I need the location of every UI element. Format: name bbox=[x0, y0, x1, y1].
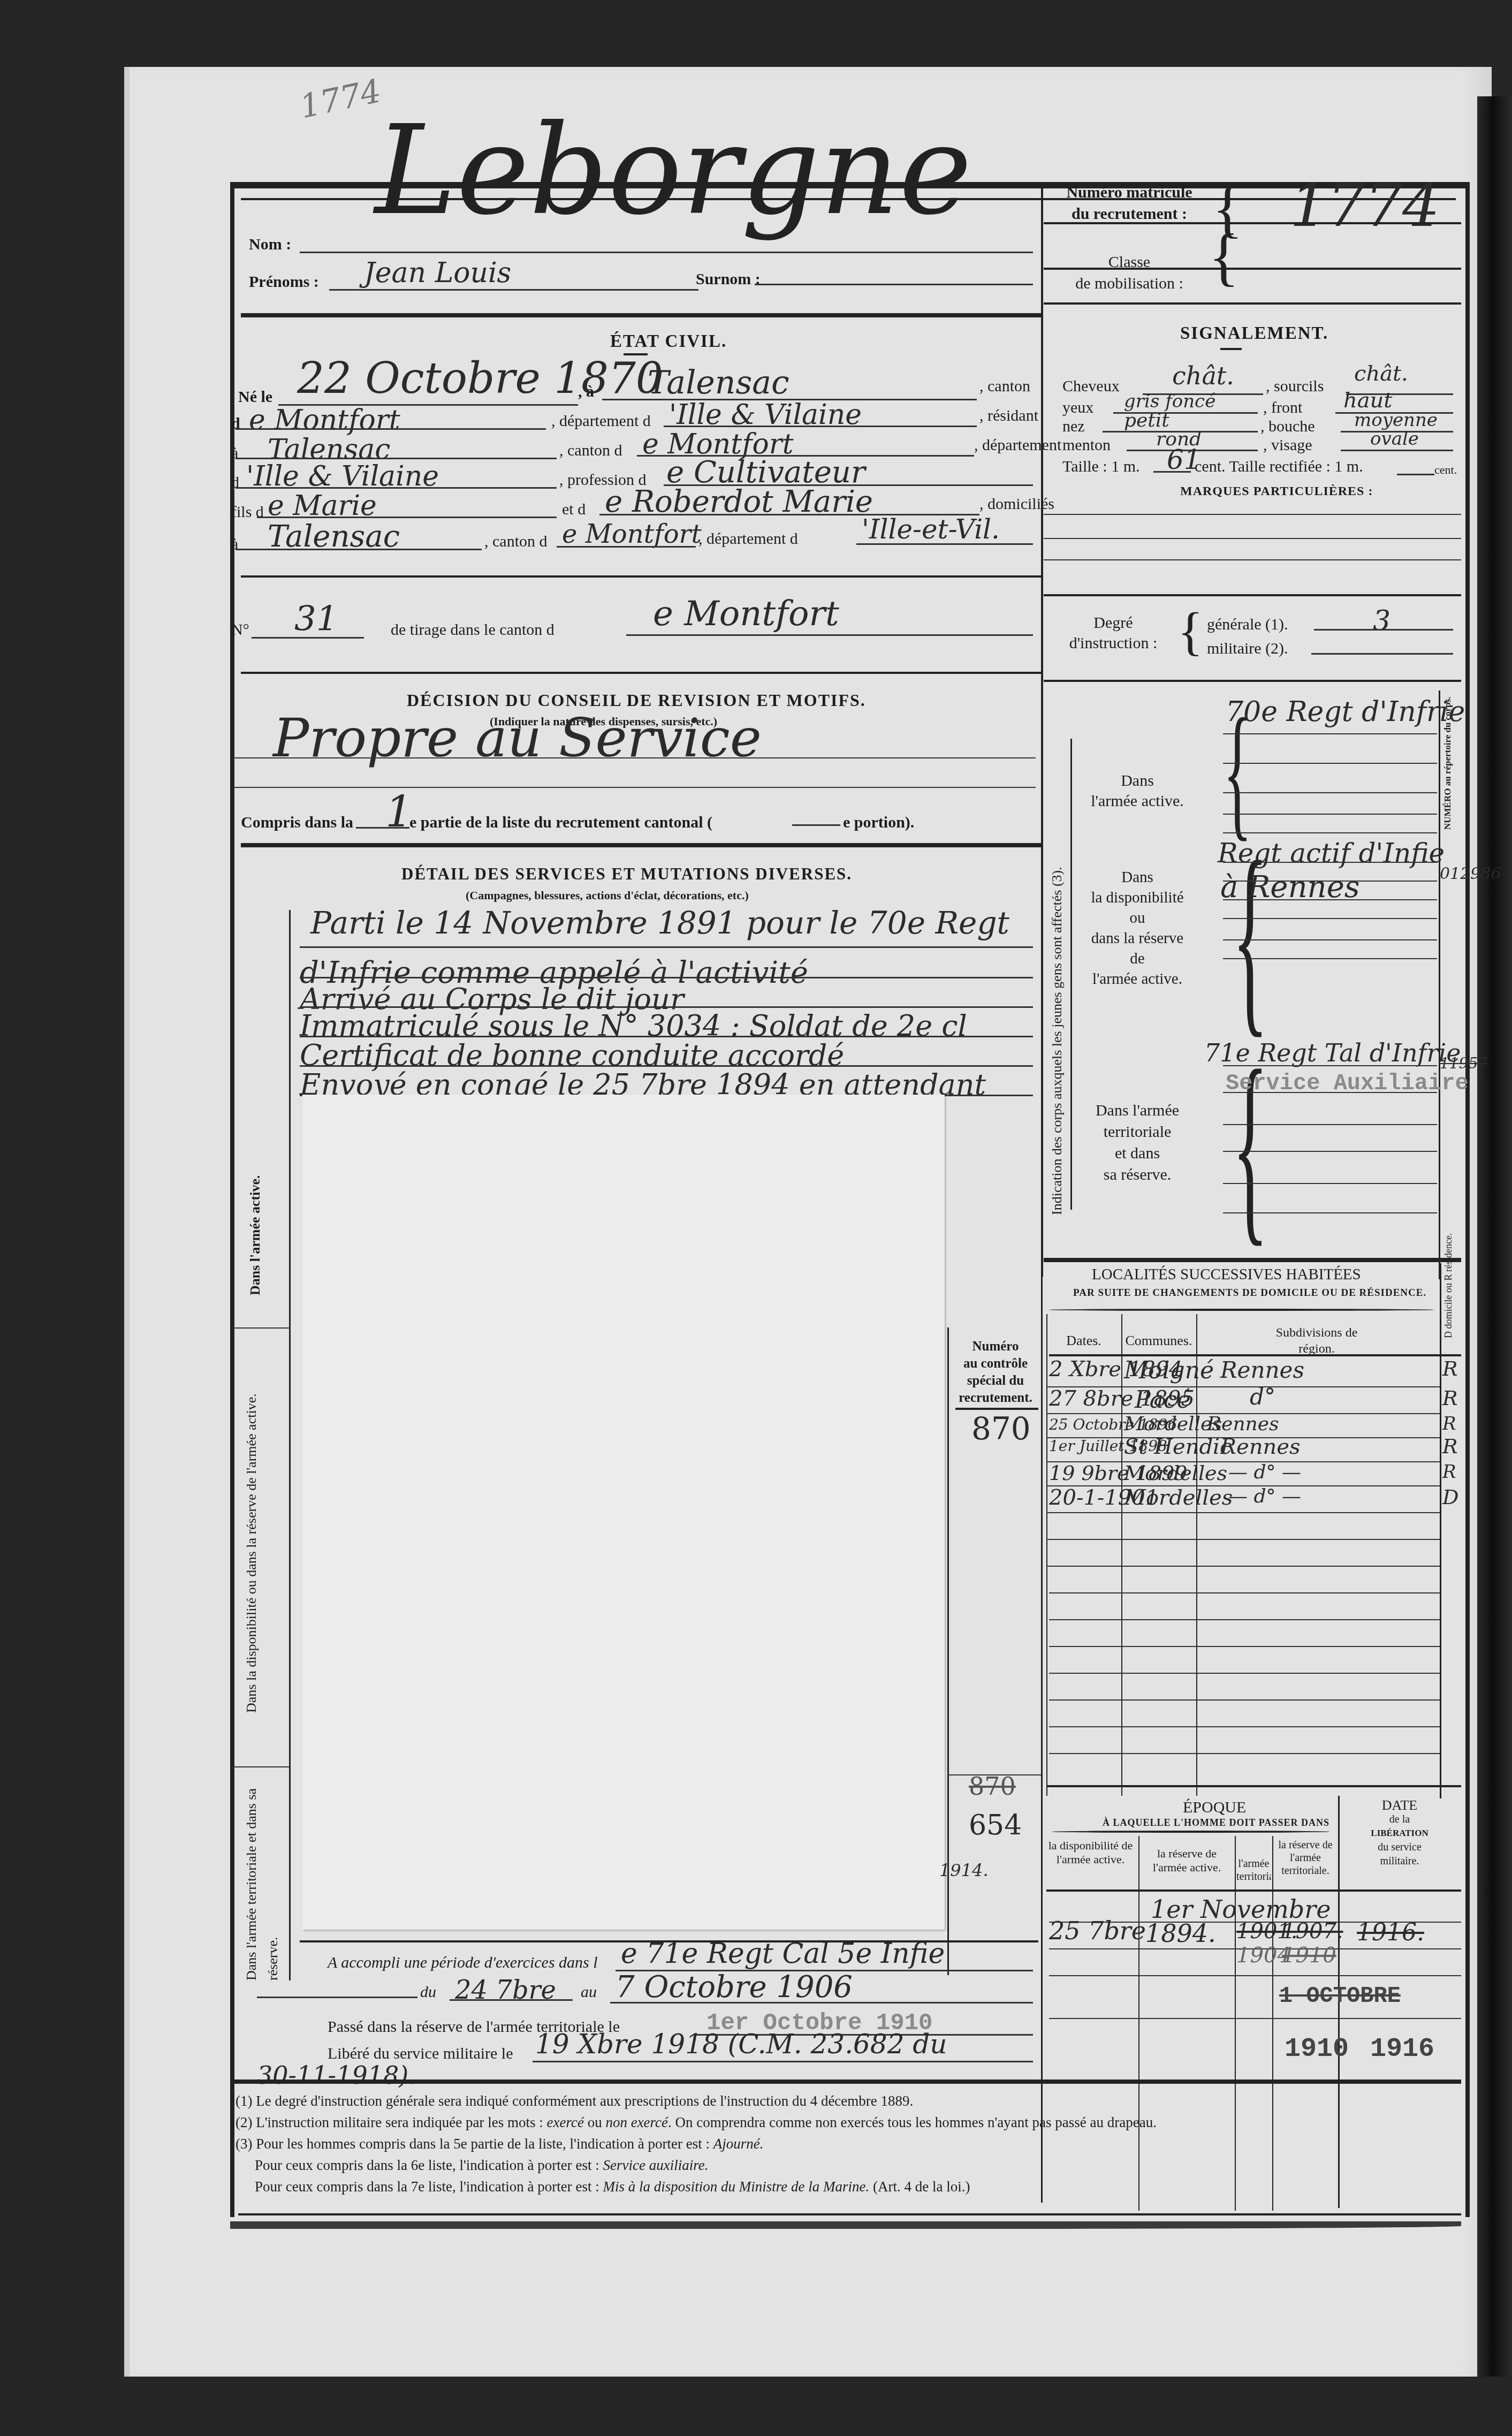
cheveux-label: Cheveux bbox=[1062, 377, 1120, 396]
etat-civil-bottom-rule bbox=[241, 575, 1041, 578]
corps-label-line: Dans bbox=[1073, 867, 1202, 887]
portion-line bbox=[792, 824, 840, 826]
dom-dep-line bbox=[856, 543, 1033, 545]
liberation-header: DATE de la LIBÉRATION du service militai… bbox=[1341, 1798, 1458, 1868]
corps-label-line: Dans bbox=[1073, 771, 1202, 791]
footnote-num: (3) bbox=[235, 2136, 252, 2152]
yeux-label: yeux bbox=[1062, 399, 1093, 417]
marques-label: MARQUES PARTICULIÈRES : bbox=[1180, 484, 1373, 499]
nez-label: nez bbox=[1062, 418, 1085, 436]
footnote-3c: Pour ceux compris dans la 7e liste, l'in… bbox=[235, 2176, 1456, 2197]
repertoire-rule bbox=[1439, 690, 1440, 1279]
numero-value-new: 654 bbox=[969, 1809, 1022, 1841]
scan-background-bottom bbox=[0, 2377, 1512, 2436]
matricule-label-line1: Numéro matricule bbox=[1049, 182, 1210, 203]
service-rule bbox=[300, 1036, 1033, 1037]
brace-icon: { bbox=[1209, 227, 1240, 286]
corps-label-line: ou bbox=[1073, 908, 1202, 928]
corps-terr-line-3 bbox=[1223, 1124, 1437, 1125]
taille-line bbox=[1153, 471, 1191, 473]
col-communes: Communes. bbox=[1121, 1333, 1196, 1349]
corps-terr-value: 71e Regt Tal d'Infrie bbox=[1204, 1038, 1461, 1067]
prenoms-label: Prénoms : bbox=[249, 273, 319, 291]
visage-line bbox=[1341, 450, 1453, 451]
surnom-line bbox=[755, 284, 1033, 285]
header-bottom-rule bbox=[241, 313, 1041, 317]
numero-header-line: Numéro bbox=[950, 1338, 1041, 1355]
side-label-territoriale: Dans l'armée territoriale et dans sa rés… bbox=[241, 1777, 284, 1980]
localites-subtitle: PAR SUITE DE CHANGEMENTS DE DOMICILE OU … bbox=[1073, 1287, 1426, 1299]
corps-dispo-label: Dans la disponibilité ou dans la réserve… bbox=[1073, 867, 1202, 989]
corps-terr-line-6 bbox=[1223, 1212, 1437, 1213]
marques-line-3 bbox=[1044, 559, 1461, 560]
row-dr: R bbox=[1442, 1435, 1458, 1458]
corps-terr-line-2 bbox=[1223, 1092, 1437, 1093]
footnote-3b: Pour ceux compris dans la 6e liste, l'in… bbox=[235, 2154, 1456, 2176]
residant-label: , résidant bbox=[979, 407, 1038, 425]
corps-dispo-line-5 bbox=[1223, 939, 1437, 940]
taille-rect-line bbox=[1397, 474, 1434, 475]
du-pre-line bbox=[257, 1997, 417, 1998]
footnote-em: Ajourné. bbox=[713, 2136, 764, 2152]
corps-label-line: la disponibilité bbox=[1073, 887, 1202, 908]
degre-label-line: d'instruction : bbox=[1057, 633, 1169, 654]
portion-suffix: e portion). bbox=[843, 814, 914, 832]
footnote-text: ou bbox=[584, 2114, 606, 2130]
canton-prefix: d bbox=[231, 415, 240, 433]
corps-label-line: Dans l'armée bbox=[1073, 1100, 1202, 1121]
service-rule bbox=[300, 946, 1033, 948]
title-dash bbox=[1220, 348, 1242, 350]
footnote-text: Pour ceux compris dans la 7e liste, l'in… bbox=[255, 2179, 603, 2195]
corps-label-line: l'armée active. bbox=[1073, 791, 1202, 811]
lieu-naissance-value: Talensac bbox=[648, 364, 789, 401]
corps-active-label: Dans l'armée active. bbox=[1073, 771, 1202, 811]
footnote-em: non exercé bbox=[605, 2114, 668, 2130]
cheveux-value: chât. bbox=[1172, 361, 1234, 390]
footer-rule-thick bbox=[230, 2221, 1461, 2229]
residence-line bbox=[235, 458, 557, 459]
militaire-line bbox=[1311, 653, 1453, 655]
numero-header-line: recrutement. bbox=[950, 1390, 1041, 1407]
stamp-month: 1 OCTOBRE bbox=[1279, 1983, 1401, 2009]
row-rule bbox=[1049, 1646, 1440, 1647]
footnote-num: (1) bbox=[235, 2093, 252, 2109]
footnote-1: (1) Le degré d'instruction générale sera… bbox=[235, 2090, 1456, 2112]
liberation-header-line: DATE bbox=[1341, 1798, 1458, 1812]
service-rule bbox=[300, 1065, 1033, 1067]
corps-active-line-3 bbox=[1223, 792, 1437, 793]
numero-value-struck: 870 bbox=[969, 1772, 1016, 1801]
epoque-row-rule bbox=[1049, 1975, 1461, 1976]
departement-res-prefix: d bbox=[231, 474, 239, 492]
footnote-text: L'instruction militaire sera indiquée pa… bbox=[256, 2114, 546, 2130]
row-rule bbox=[1049, 1619, 1440, 1620]
epoque-col-territoriale: l'armée territoriale. bbox=[1236, 1857, 1271, 1883]
pasted-paper-cover bbox=[302, 1095, 945, 1930]
libere-label: Libéré du service militaire le bbox=[328, 2045, 513, 2063]
tirage-no-value: 31 bbox=[294, 599, 338, 639]
corps-dispo-line-3 bbox=[1223, 899, 1437, 900]
surnom-label: Surnom : bbox=[696, 270, 761, 289]
footnote-text: . On comprendra comme non exercés tous l… bbox=[668, 2114, 1157, 2130]
generale-label: générale (1). bbox=[1207, 616, 1288, 634]
numero-header-line: au contrôle bbox=[950, 1355, 1041, 1372]
footnote-text: (Art. 4 de la loi.) bbox=[869, 2179, 970, 2195]
numero-header-rule bbox=[955, 1408, 1038, 1410]
canton-value: e Montfort bbox=[249, 404, 400, 436]
ne-le-value: 22 Octobre 1870 bbox=[297, 353, 663, 403]
row-dr: R bbox=[1442, 1413, 1456, 1435]
row-commune: St Hendic bbox=[1124, 1435, 1232, 1459]
corps-dispo-line-2 bbox=[1223, 881, 1437, 882]
corps-label-line: et dans bbox=[1073, 1143, 1202, 1164]
corps-dispo-line-4 bbox=[1223, 918, 1437, 919]
dom-prefix: à bbox=[231, 535, 238, 553]
service-rule bbox=[300, 977, 1033, 978]
visage-value: ovale bbox=[1370, 428, 1419, 450]
du-label: du bbox=[420, 1983, 436, 2001]
matricule-rule bbox=[1044, 222, 1461, 224]
footnotes: (1) Le degré d'instruction générale sera… bbox=[235, 2090, 1456, 2197]
classe-label: Classe de mobilisation : bbox=[1049, 252, 1210, 294]
localites-bottom-rule bbox=[1046, 1785, 1461, 1787]
au-line bbox=[610, 2002, 1033, 2004]
classe-rule bbox=[1044, 268, 1461, 270]
localites-title: LOCALITÉS SUCCESSIVES HABITÉES bbox=[1092, 1266, 1361, 1284]
canton-res-label: , canton d bbox=[559, 442, 622, 460]
militaire-label: militaire (2). bbox=[1207, 640, 1288, 658]
footnote-num: (2) bbox=[235, 2114, 252, 2130]
epoque-value-dispo: 25 7bre bbox=[1049, 1916, 1146, 1945]
nom-label: Nom : bbox=[249, 236, 291, 254]
front-label: , front bbox=[1263, 399, 1302, 417]
compris-label: Compris dans la bbox=[241, 814, 353, 832]
row-rule bbox=[1046, 1539, 1440, 1540]
tirage-bottom-rule bbox=[241, 672, 1041, 674]
tirage-no-line bbox=[252, 637, 364, 639]
departement-res-label: , département bbox=[974, 436, 1061, 454]
corps-bottom-rule bbox=[1044, 1258, 1461, 1262]
nom-line bbox=[300, 252, 1033, 253]
column-divider bbox=[1041, 182, 1043, 1277]
service-line: Certificat de bonne conduite accordé bbox=[300, 1038, 844, 1072]
decision-value: Propre au Service bbox=[273, 707, 762, 769]
ne-le-label: Né le bbox=[238, 388, 272, 406]
nom-value: Leborgne bbox=[375, 110, 972, 233]
services-side-rule bbox=[289, 910, 291, 1980]
row-subdivision: Rennes bbox=[1220, 1357, 1304, 1383]
col-dr: D domicile ou R résidence. bbox=[1443, 1274, 1454, 1338]
liberation-header-line: du service bbox=[1341, 1840, 1458, 1854]
et-label: et d bbox=[562, 500, 586, 519]
row-rule bbox=[1046, 1512, 1440, 1513]
degre-bottom-rule bbox=[1044, 680, 1461, 682]
services-title: DÉTAIL DES SERVICES ET MUTATIONS DIVERSE… bbox=[401, 864, 852, 884]
pere-line bbox=[257, 517, 557, 518]
service-line: Parti le 14 Novembre 1891 pour le 70e Re… bbox=[310, 905, 1009, 941]
sourcils-label: , sourcils bbox=[1266, 377, 1324, 396]
footnote-3: (3) Pour les hommes compris dans la 5e p… bbox=[235, 2133, 1456, 2154]
matricule-value: 1774 bbox=[1290, 171, 1440, 240]
prenoms-line bbox=[329, 289, 698, 291]
departement-res-line bbox=[235, 487, 557, 489]
dom-canton-label: , canton d bbox=[484, 533, 547, 551]
degre-label-line: Degré bbox=[1057, 613, 1169, 633]
generale-line bbox=[1314, 629, 1453, 631]
compris-value: 1 bbox=[385, 787, 413, 837]
epoque-subtitle: À LAQUELLE L'HOMME DOIT PASSER DANS bbox=[1103, 1817, 1329, 1828]
stamp-year-1: 1910 bbox=[1285, 2034, 1349, 2065]
row-rule bbox=[1049, 1753, 1440, 1754]
dom-canton-value: e Montfort bbox=[562, 519, 702, 549]
degre-label: Degré d'instruction : bbox=[1057, 613, 1169, 654]
footnote-2: (2) L'instruction militaire sera indiqué… bbox=[235, 2112, 1456, 2133]
bouche-value: moyenne bbox=[1354, 409, 1438, 431]
libere-value: 19 Xbre 1918 (C.M. 23.682 du bbox=[535, 2029, 947, 2060]
libere-line bbox=[533, 2061, 1033, 2062]
side-divider-2 bbox=[233, 1766, 289, 1767]
corps-vertical-rule bbox=[1070, 739, 1072, 1210]
epoque-title: ÉPOQUE bbox=[1183, 1798, 1246, 1817]
dom-dep-value: 'Ille-et-Vil. bbox=[862, 514, 1000, 545]
au-value: 7 Octobre 1906 bbox=[616, 1970, 853, 2005]
compris-suffix: e partie de la liste du recrutement cant… bbox=[409, 814, 712, 832]
tirage-canton-value: e Montfort bbox=[653, 594, 839, 634]
matricule-label: Numéro matricule du recrutement : bbox=[1049, 182, 1210, 225]
epoque-corrected-reserve-terr: 1910 bbox=[1282, 1943, 1336, 1968]
decision-line-2 bbox=[233, 787, 1036, 788]
canton-label: , canton bbox=[979, 377, 1030, 396]
brace-icon: { bbox=[1177, 605, 1203, 658]
sourcils-value: chât. bbox=[1354, 361, 1408, 386]
numero-value: 870 bbox=[971, 1410, 1031, 1447]
row-commune: Pacé bbox=[1135, 1386, 1191, 1414]
etat-civil-title: ÉTAT CIVIL. bbox=[610, 332, 727, 352]
corps-terr-line-5 bbox=[1223, 1183, 1437, 1184]
side-label-dispo: Dans la disponibilité ou dans la réserve… bbox=[241, 1381, 284, 1713]
classe-label-line2: de mobilisation : bbox=[1049, 273, 1210, 294]
row-subdivision: Rennes bbox=[1220, 1435, 1301, 1459]
epoque-col-dispo: la disponibilité de l'armée active. bbox=[1044, 1839, 1137, 1866]
row-dr: R bbox=[1442, 1386, 1458, 1410]
liberation-header-line: militaire. bbox=[1341, 1854, 1458, 1868]
marques-line-2 bbox=[1044, 538, 1461, 539]
row-subdivision: — d° — bbox=[1228, 1485, 1301, 1507]
footnote-text: Le degré d'instruction générale sera ind… bbox=[256, 2093, 913, 2109]
corps-dispo-line-6 bbox=[1223, 958, 1437, 959]
dom-canton-line bbox=[557, 546, 696, 548]
footer-rule-thin bbox=[238, 2213, 1461, 2215]
tirage-no-label: N° bbox=[231, 621, 249, 639]
yeux-value: gris foncé bbox=[1124, 391, 1215, 412]
localites-table: 2 Xbre 1894 Moigné Rennes R 27 8bre 1895… bbox=[1046, 1357, 1461, 1582]
corps-active-line-2 bbox=[1223, 763, 1437, 764]
service-line: Immatriculé sous le N° 3034 : Soldat de … bbox=[300, 1009, 967, 1043]
corps-label-line: dans la réserve bbox=[1073, 928, 1202, 948]
fils-label: fils d bbox=[231, 503, 264, 521]
stamp-year-2: 1916 bbox=[1370, 2034, 1434, 2065]
liberation-header-line: LIBÉRATION bbox=[1341, 1826, 1458, 1840]
row-rule bbox=[1049, 1592, 1440, 1593]
signalement-title: SIGNALEMENT. bbox=[1180, 324, 1328, 344]
epoque-col-reserve: la réserve de l'armée active. bbox=[1140, 1847, 1234, 1875]
localites-left-rule bbox=[1041, 1261, 1043, 2203]
row-subdivision: — d° — bbox=[1228, 1461, 1301, 1483]
bouche-label: , bouche bbox=[1260, 418, 1315, 436]
libere-value-2: 30-11-1918). bbox=[257, 2061, 416, 2090]
classe-label-line1: Classe bbox=[1049, 252, 1210, 273]
dom-dep-label: , département d bbox=[698, 530, 798, 548]
book-spine bbox=[1477, 96, 1512, 2436]
cent-label: cent. bbox=[1434, 463, 1457, 477]
footnote-em: Mis à la disposition du Ministre de la M… bbox=[603, 2179, 869, 2195]
corps-terr-label: Dans l'armée territoriale et dans sa rés… bbox=[1073, 1100, 1202, 1186]
corps-terr-repertoire: 11957 bbox=[1440, 1054, 1487, 1072]
footnotes-top-rule bbox=[233, 2080, 1461, 2084]
row-rule bbox=[1049, 1699, 1440, 1701]
footnote-em: Service auxiliaire. bbox=[603, 2157, 708, 2173]
au-label: au bbox=[581, 1983, 597, 2001]
corps-label-line: de bbox=[1073, 948, 1202, 969]
departement-line bbox=[664, 426, 977, 427]
numero-header: Numéro au contrôle spécial du recrutemen… bbox=[950, 1338, 1041, 1407]
footnote-em: exercé bbox=[546, 2114, 583, 2130]
dom-line bbox=[235, 549, 482, 550]
du-line bbox=[450, 1999, 573, 2001]
epoque-header-rule bbox=[1046, 1889, 1461, 1892]
generale-value: 3 bbox=[1373, 605, 1391, 637]
corps-dispo-line-1 bbox=[1223, 862, 1437, 863]
side-divider-1 bbox=[233, 1327, 289, 1329]
corps-active-value: 70e Regt d'Infrie bbox=[1226, 696, 1465, 728]
epoque-row-rule bbox=[1049, 2018, 1461, 2019]
footnote-text: Pour les hommes compris dans la 5e parti… bbox=[256, 2136, 713, 2152]
exercices-value: e 71e Regt Cal 5e Infie bbox=[621, 1938, 945, 1970]
numero-header-line: spécial du bbox=[950, 1372, 1041, 1390]
prenoms-value: Jean Louis bbox=[364, 257, 511, 289]
row-dr: D bbox=[1442, 1485, 1458, 1509]
decision-line-1 bbox=[233, 757, 1036, 758]
row-rule bbox=[1046, 1566, 1440, 1567]
corps-vertical-label: Indication des corps auxquels les jeunes… bbox=[1049, 707, 1065, 1215]
canton-line bbox=[235, 428, 546, 430]
matricule-label-line2: du recrutement : bbox=[1049, 203, 1210, 225]
epoque-value-reserve: 1894. bbox=[1145, 1919, 1216, 1948]
corps-active-line-4 bbox=[1223, 814, 1437, 815]
corps-label-line: territoriale bbox=[1073, 1121, 1202, 1143]
epoque-value-reserve-terr: 1907. bbox=[1282, 1919, 1343, 1944]
residence-prefix: à bbox=[231, 444, 238, 462]
localites-header-rule bbox=[1049, 1354, 1461, 1356]
ornament-rule bbox=[1052, 1831, 1330, 1833]
visage-label: , visage bbox=[1263, 436, 1312, 454]
services-subtitle: (Campagnes, blessures, actions d'éclat, … bbox=[466, 889, 749, 902]
marques-line-1 bbox=[1044, 514, 1461, 515]
compris-line bbox=[356, 827, 409, 829]
epoque-col-reserve-terr: la réserve de l'armée territoriale. bbox=[1274, 1839, 1337, 1877]
a-label: , à bbox=[578, 383, 594, 401]
tirage-canton-line bbox=[626, 634, 1033, 636]
corps-dispo-value-1: Regt actif d'Infie bbox=[1218, 838, 1445, 869]
service-rule bbox=[300, 1006, 1033, 1008]
row-commune: Moigné bbox=[1124, 1357, 1214, 1384]
liberation-value: 1916. bbox=[1357, 1919, 1424, 1946]
repertoire-label: NUMÉRO au répertoire du corps. bbox=[1442, 712, 1453, 830]
ornament-rule bbox=[1049, 1309, 1434, 1311]
row-rule bbox=[1049, 1673, 1440, 1674]
corps-label-line: l'armée active. bbox=[1073, 969, 1202, 989]
row-subdivision: d° bbox=[1250, 1384, 1275, 1410]
departement-label: , département d bbox=[551, 412, 651, 430]
tirage-label: de tirage dans le canton d bbox=[391, 621, 554, 639]
row-commune: Mordelles bbox=[1124, 1485, 1233, 1510]
signalement-top-rule bbox=[1044, 302, 1461, 305]
taille-rect-label: cent. Taille rectifiée : 1 m. bbox=[1195, 458, 1363, 476]
row-subdivision: Rennes bbox=[1207, 1413, 1279, 1435]
col-dates: Dates. bbox=[1046, 1333, 1121, 1349]
footnote-text: Pour ceux compris dans la 6e liste, l'in… bbox=[255, 2157, 603, 2173]
col-subdivisions: Subdivisions de région. bbox=[1199, 1325, 1434, 1357]
decision-bottom-rule bbox=[241, 843, 1041, 847]
row-dr: R bbox=[1442, 1357, 1458, 1380]
row-dr: R bbox=[1442, 1461, 1456, 1483]
corps-terr-line-4 bbox=[1223, 1151, 1437, 1152]
taille-label: Taille : 1 m. bbox=[1062, 458, 1140, 476]
exercices-label: A accompli une période d'exercices dans … bbox=[328, 1954, 598, 1972]
domicilies-label: , domiciliés bbox=[979, 495, 1054, 513]
corps-active-line-1 bbox=[1223, 733, 1437, 734]
side-label-active: Dans l'armée active. bbox=[247, 1081, 263, 1295]
menton-label: menton bbox=[1062, 436, 1111, 454]
row-rule bbox=[1049, 1726, 1440, 1727]
corps-label-line: sa réserve. bbox=[1073, 1164, 1202, 1186]
corps-dispo-repertoire: 012986 bbox=[1440, 864, 1501, 883]
signalement-bottom-rule bbox=[1044, 594, 1461, 596]
corps-terr-line-1 bbox=[1223, 1065, 1437, 1066]
numero-note: 1914. bbox=[939, 1860, 989, 1880]
liberation-header-line: de la bbox=[1341, 1812, 1458, 1826]
row-commune: Mordelles bbox=[1124, 1461, 1227, 1485]
